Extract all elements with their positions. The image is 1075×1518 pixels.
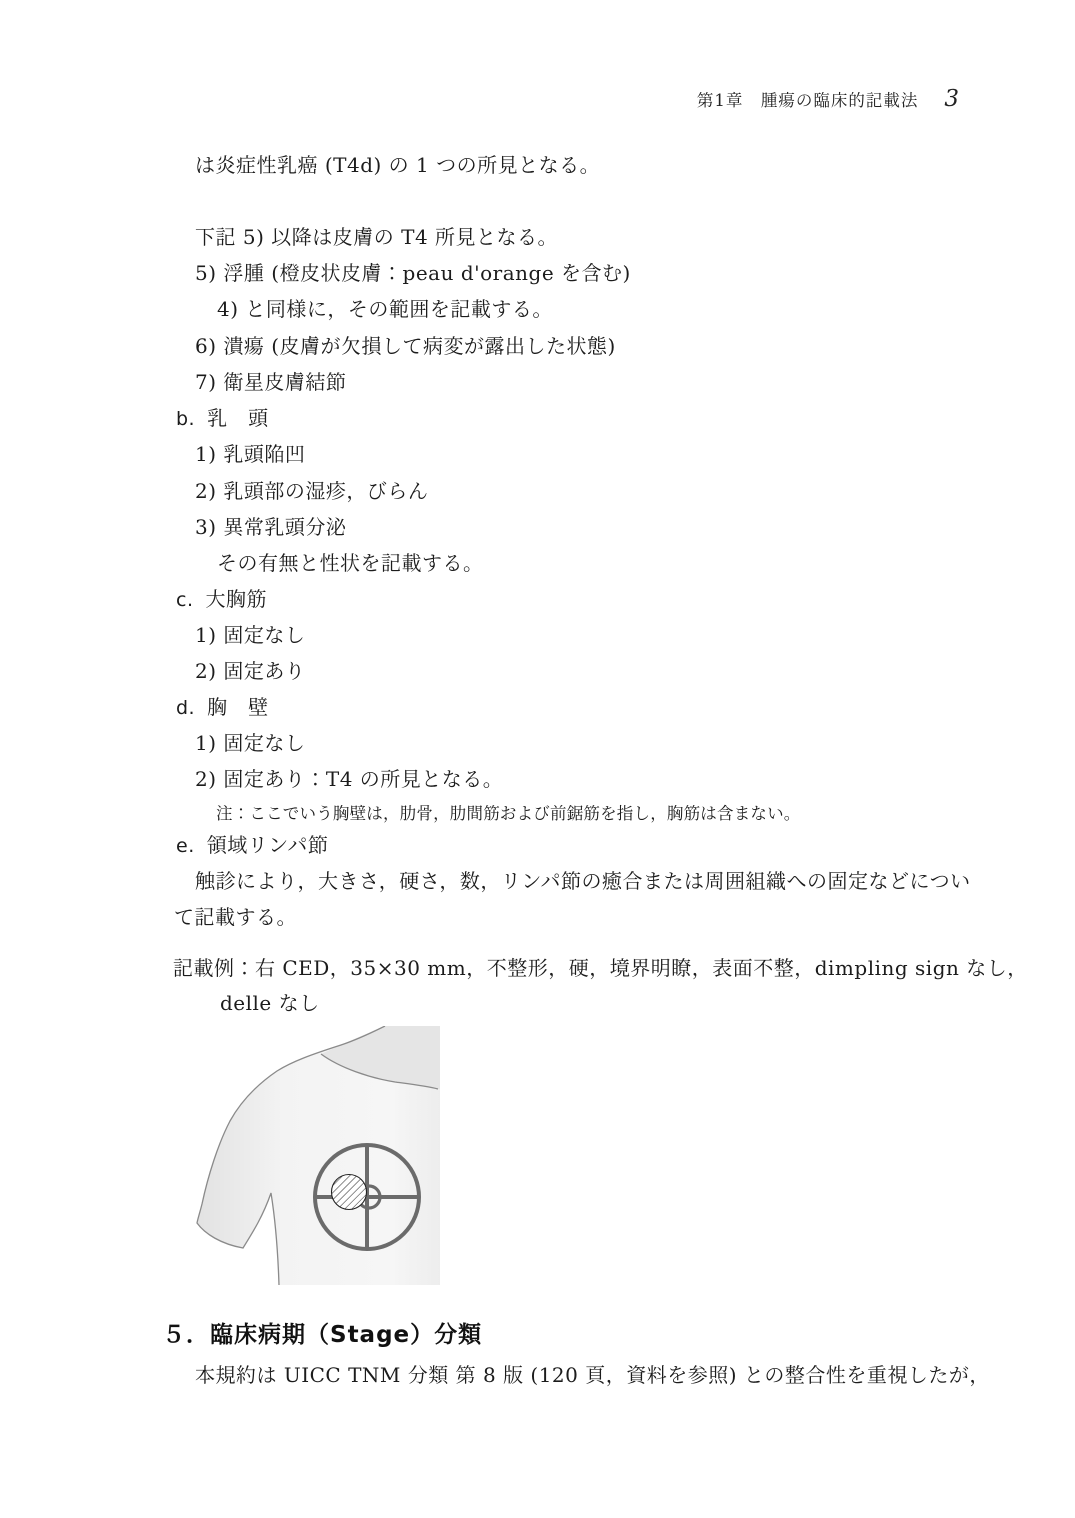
breast-quadrant-crosshair — [314, 1144, 420, 1250]
body-line-item5-sub: 4) と同様に，その範囲を記載する。 — [217, 297, 553, 322]
subsection-e-letter: e. — [176, 835, 195, 857]
running-head: 第1章 腫瘍の臨床的記載法 3 — [697, 86, 959, 112]
subsection-c-letter: c. — [176, 589, 194, 611]
tumor-marker — [332, 1175, 367, 1210]
subsection-e: e.領域リンパ節 — [176, 833, 328, 859]
subsection-d-letter: d. — [176, 697, 195, 719]
page-number: 3 — [944, 86, 959, 112]
breast-palpation-schema-icon — [195, 1026, 440, 1285]
subsection-e-label: 領域リンパ節 — [207, 833, 329, 857]
body-line-item6: 6) 潰瘍 (皮膚が欠損して病変が露出した状態) — [195, 334, 616, 359]
subsection-b-label: 乳 頭 — [207, 406, 269, 430]
body-line-c2: 2) 固定あり — [195, 659, 305, 684]
chapter-title: 第1章 腫瘍の臨床的記載法 — [697, 87, 919, 111]
body-line-b1: 1) 乳頭陥凹 — [195, 442, 305, 467]
document-page: 第1章 腫瘍の臨床的記載法 3 は炎症性乳癌 (T4d) の 1 つの所見となる… — [0, 0, 1075, 1518]
body-line-c1: 1) 固定なし — [195, 623, 305, 648]
body-line-b3-sub: その有無と性状を記載する。 — [217, 551, 484, 576]
body-line-d1: 1) 固定なし — [195, 731, 305, 756]
body-line-palpation-1: 触診により，大きさ，硬さ，数，リンパ節の癒合または周囲組織への固定などについ — [195, 869, 971, 894]
subsection-d: d.胸 壁 — [176, 695, 269, 721]
section-5-heading: ５．臨床病期（Stage）分類 — [162, 1316, 482, 1349]
body-line-item7: 7) 衛星皮膚結節 — [195, 370, 346, 395]
body-line-chest-wall-note: 注：ここでいう胸壁は，肋骨，肋間筋および前鋸筋を指し，胸筋は含まない。 — [216, 801, 801, 826]
body-line-t4-note: 下記 5) 以降は皮膚の T4 所見となる。 — [195, 225, 558, 250]
body-line-example-2: delle なし — [220, 991, 320, 1016]
subsection-b: b.乳 頭 — [176, 406, 269, 432]
subsection-b-letter: b. — [176, 408, 195, 430]
subsection-d-label: 胸 壁 — [207, 695, 269, 719]
subsection-c-label: 大胸筋 — [206, 587, 268, 611]
body-line-palpation-2: て記載する。 — [174, 905, 297, 930]
body-line-b3: 3) 異常乳頭分泌 — [195, 515, 346, 540]
subsection-c: c.大胸筋 — [176, 587, 267, 613]
body-line-b2: 2) 乳頭部の湿疹，びらん — [195, 479, 428, 504]
body-line-item5: 5) 浮腫 (橙皮状皮膚：peau d'orange を含む) — [195, 261, 631, 286]
body-line-t4d: は炎症性乳癌 (T4d) の 1 つの所見となる。 — [195, 153, 600, 178]
body-line-d2: 2) 固定あり：T4 の所見となる。 — [195, 767, 503, 792]
section-5-paragraph: 本規約は UICC TNM 分類 第 8 版 (120 頁，資料を参照) との整… — [195, 1359, 990, 1388]
body-line-example-1: 記載例：右 CED，35×30 mm，不整形，硬，境界明瞭，表面不整，dimpl… — [173, 956, 1028, 981]
